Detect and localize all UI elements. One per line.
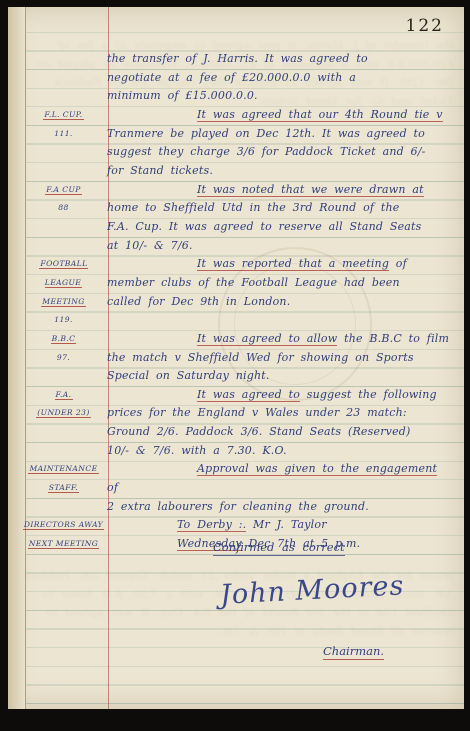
- scanned-minute-book-photo: the transfer of J. Harris. It was agreed…: [0, 0, 470, 731]
- minute-text-line: Tranmere be played on Dec 12th. It was a…: [107, 125, 450, 144]
- margin-heading: B.B.C: [20, 330, 107, 349]
- margin-heading: DIRECTORS AWAY: [20, 516, 107, 535]
- minute-text-line: at 10/- & 7/6.: [107, 237, 450, 256]
- margin-heading: F.A CUP: [20, 181, 107, 200]
- red-underlined-phrase: Approval was given to the engagement: [197, 462, 437, 476]
- minute-paragraph: It was agreed to allow the B.B.C to film…: [107, 330, 458, 386]
- page-number: 122: [406, 16, 444, 36]
- minute-text-line: To Derby :. Mr J. Taylor: [107, 516, 450, 535]
- margin-heading: NEXT MEETING: [20, 535, 107, 554]
- margin-column: F.L. CUP.111.: [20, 106, 107, 181]
- margin-column: FOOTBALL LEAGUEMEETING119.: [20, 255, 107, 330]
- minute-text-line: 10/- & 7/6. with a 7.30. K.O.: [107, 442, 450, 461]
- chairman-title: Chairman.: [323, 644, 384, 660]
- margin-reference-number: 97.: [20, 349, 107, 368]
- minute-entry: DIRECTORS AWAYTo Derby :. Mr J. Taylor: [20, 516, 458, 535]
- margin-reference-number: 88: [20, 199, 107, 218]
- minute-text-line: negotiate at a fee of £20.000.0.0 with a: [107, 69, 450, 88]
- red-underlined-phrase: It was noted that we were drawn at: [197, 183, 424, 197]
- margin-column: [20, 50, 107, 106]
- minute-text-line: It was agreed to allow the B.B.C to film: [107, 330, 450, 349]
- minute-paragraph: It was agreed to suggest the followingpr…: [107, 386, 458, 461]
- margin-heading: MEETING: [20, 293, 107, 312]
- minute-entry: the transfer of J. Harris. It was agreed…: [20, 50, 458, 106]
- minute-book-page: the transfer of J. Harris. It was agreed…: [8, 7, 464, 709]
- minute-text-line: It was reported that a meeting of: [107, 255, 450, 274]
- red-underlined-phrase: It was reported that a meeting: [197, 257, 389, 271]
- minute-paragraph: Approval was given to the engagement of2…: [107, 460, 458, 516]
- minute-text-line: Ground 2/6. Paddock 3/6. Stand Seats (Re…: [107, 423, 450, 442]
- minute-text-line: member clubs of the Football League had …: [107, 274, 450, 293]
- minute-text-line: It was noted that we were drawn at: [107, 181, 450, 200]
- minute-paragraph: the transfer of J. Harris. It was agreed…: [107, 50, 458, 106]
- margin-heading: F.L. CUP.: [20, 106, 107, 125]
- minute-text-line: for Stand tickets.: [107, 162, 450, 181]
- minute-text-line: 2 extra labourers for cleaning the groun…: [107, 498, 450, 517]
- red-underlined-phrase: It was agreed to: [197, 388, 300, 402]
- margin-heading: FOOTBALL LEAGUE: [20, 255, 107, 292]
- confirmation-line: Confirmed as correct: [213, 540, 345, 556]
- minute-text-line: Special on Saturday night.: [107, 367, 450, 386]
- margin-reference-number: 119.: [20, 311, 107, 330]
- minute-text-line: It was agreed to suggest the following: [107, 386, 450, 405]
- minute-text-line: called for Dec 9th in London.: [107, 293, 450, 312]
- minute-entry: F.A CUP88It was noted that we were drawn…: [20, 181, 458, 256]
- minute-text-line: home to Sheffield Utd in the 3rd Round o…: [107, 199, 450, 218]
- margin-column: B.B.C97.: [20, 330, 107, 386]
- minutes-content: the transfer of J. Harris. It was agreed…: [20, 50, 458, 554]
- margin-column: MAINTENANCESTAFF.: [20, 460, 107, 516]
- margin-heading: MAINTENANCE: [20, 460, 107, 479]
- margin-column: NEXT MEETING: [20, 535, 107, 554]
- minute-entry: F.L. CUP.111.It was agreed that our 4th …: [20, 106, 458, 181]
- minute-entry: B.B.C97.It was agreed to allow the B.B.C…: [20, 330, 458, 386]
- minute-text-line: the transfer of J. Harris. It was agreed…: [107, 50, 450, 69]
- margin-column: DIRECTORS AWAY: [20, 516, 107, 535]
- minute-paragraph: It was noted that we were drawn athome t…: [107, 181, 458, 256]
- minute-text-line: prices for the England v Wales under 23 …: [107, 404, 450, 423]
- margin-column: F.A.(UNDER 23): [20, 386, 107, 461]
- minute-text-line: Approval was given to the engagement of: [107, 460, 450, 497]
- minute-entry: MAINTENANCESTAFF.Approval was given to t…: [20, 460, 458, 516]
- minute-paragraph: It was reported that a meeting ofmember …: [107, 255, 458, 330]
- margin-heading: (UNDER 23): [20, 404, 107, 423]
- margin-column: F.A CUP88: [20, 181, 107, 256]
- margin-heading: F.A.: [20, 386, 107, 405]
- minute-text-line: the match v Sheffield Wed for showing on…: [107, 349, 450, 368]
- red-underlined-phrase: It was agreed to allow: [197, 332, 337, 346]
- margin-reference-number: 111.: [20, 125, 107, 144]
- minute-entry: F.A.(UNDER 23)It was agreed to suggest t…: [20, 386, 458, 461]
- minute-text-line: F.A. Cup. It was agreed to reserve all S…: [107, 218, 450, 237]
- margin-heading: STAFF.: [20, 479, 107, 498]
- minute-text-line: suggest they charge 3/6 for Paddock Tick…: [107, 143, 450, 162]
- red-underlined-phrase: It was agreed that our 4th Round tie v: [197, 108, 443, 122]
- minute-paragraph: To Derby :. Mr J. Taylor: [107, 516, 458, 535]
- minute-entry: FOOTBALL LEAGUEMEETING119.It was reporte…: [20, 255, 458, 330]
- minute-paragraph: It was agreed that our 4th Round tie vTr…: [107, 106, 458, 181]
- red-underlined-phrase: To Derby :.: [177, 518, 246, 532]
- minute-text-line: minimum of £15.000.0.0.: [107, 87, 450, 106]
- chairman-signature: John Moores: [219, 570, 405, 611]
- minute-text-line: It was agreed that our 4th Round tie v: [107, 106, 450, 125]
